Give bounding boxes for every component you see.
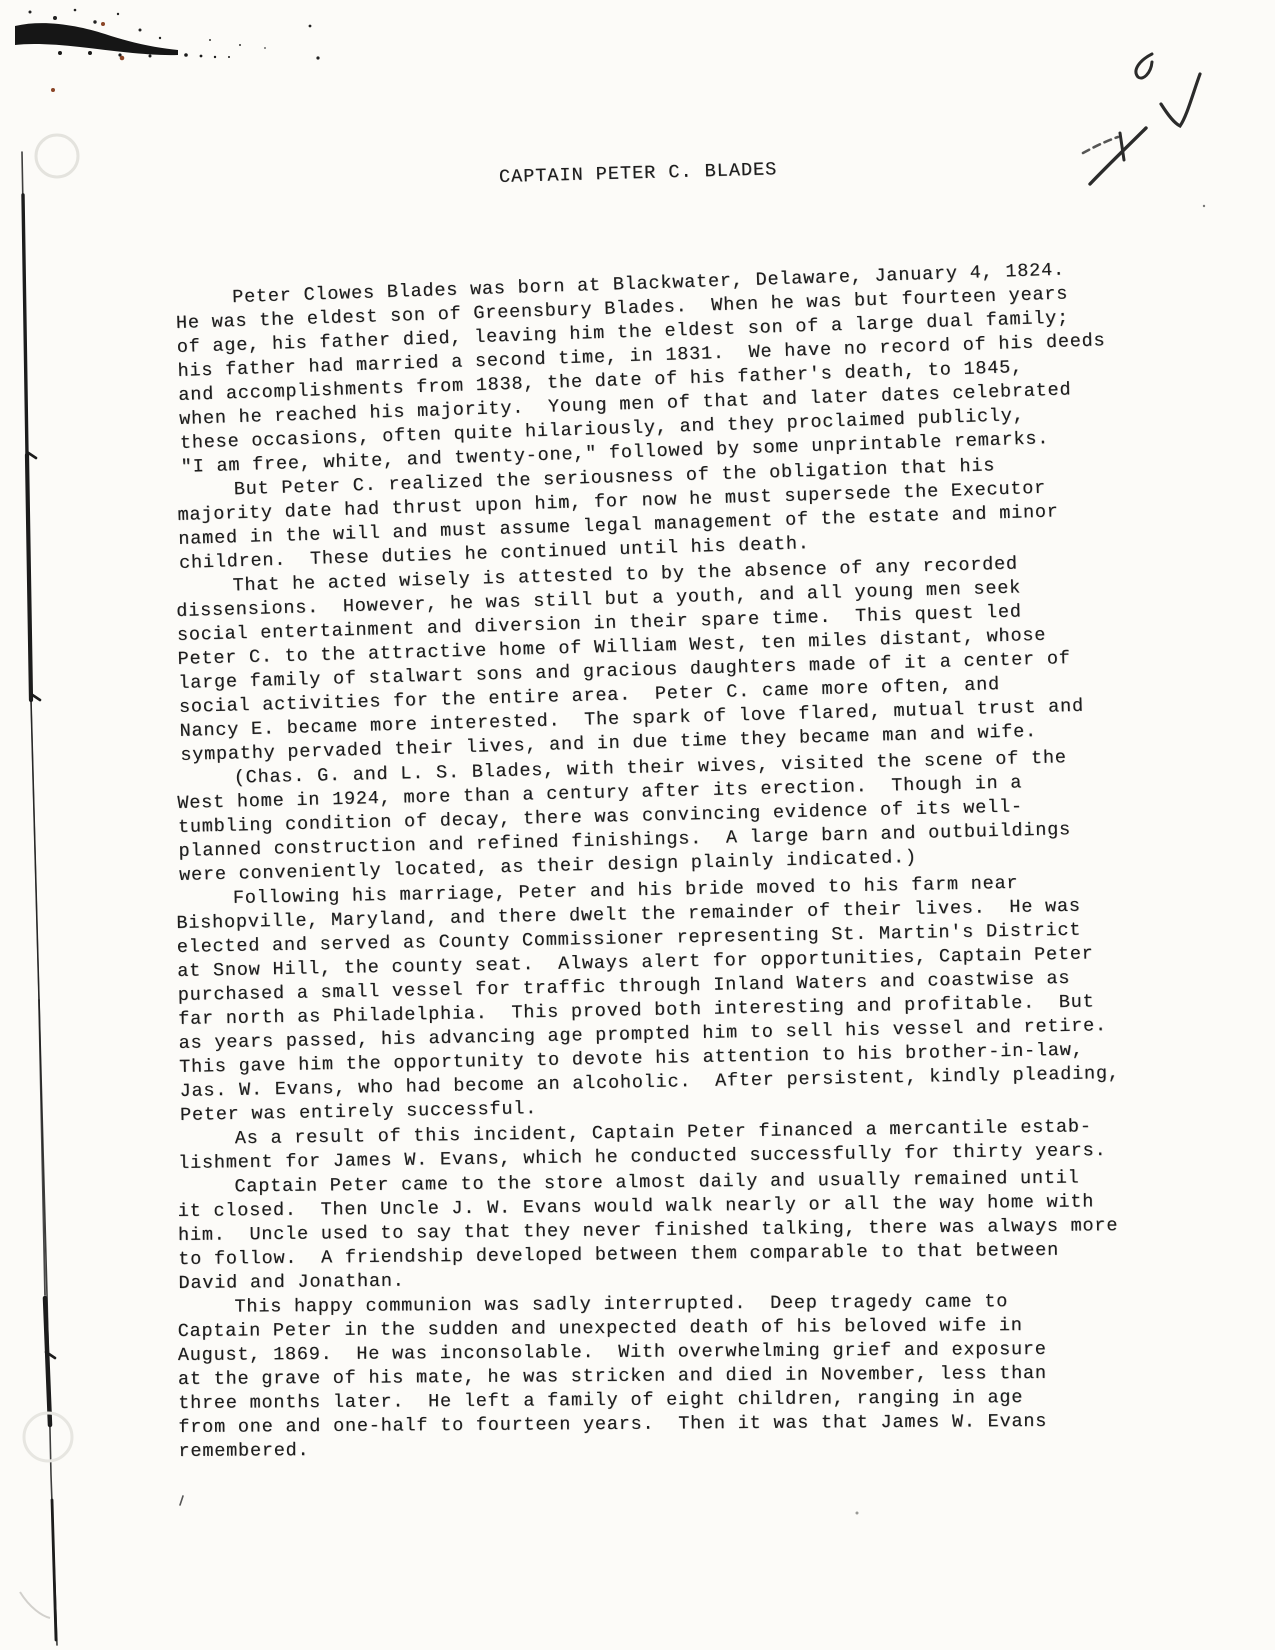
scanned-document-page: CAPTAIN PETER C. BLADES Peter Clowes Bla… <box>0 0 1275 1650</box>
handwritten-roman-numeral-mark <box>1083 128 1146 184</box>
handwritten-numeral-1-mark <box>1136 54 1152 78</box>
paragraph: Following his marriage, Peter and his br… <box>176 869 1180 1128</box>
document-title: CAPTAIN PETER C. BLADES <box>499 159 778 188</box>
smudge-artifact <box>15 9 320 92</box>
binding-line-artifact <box>22 152 57 1645</box>
document-body: Peter Clowes Blades was born at Blackwat… <box>178 288 1178 1464</box>
paragraph: Captain Peter came to the store almost d… <box>177 1166 1178 1296</box>
paragraph: This happy communion was sadly interrupt… <box>177 1289 1178 1464</box>
paragraph: Peter Clowes Blades was born at Blackwat… <box>175 255 1181 480</box>
punch-hole-bottom <box>24 1413 72 1461</box>
paragraph: That he acted wisely is attested to by t… <box>175 548 1180 768</box>
paragraph: (Chas. G. and L. S. Blades, with their w… <box>177 744 1180 888</box>
punch-hole-top <box>36 135 78 177</box>
handwritten-checkmark <box>1161 74 1200 126</box>
